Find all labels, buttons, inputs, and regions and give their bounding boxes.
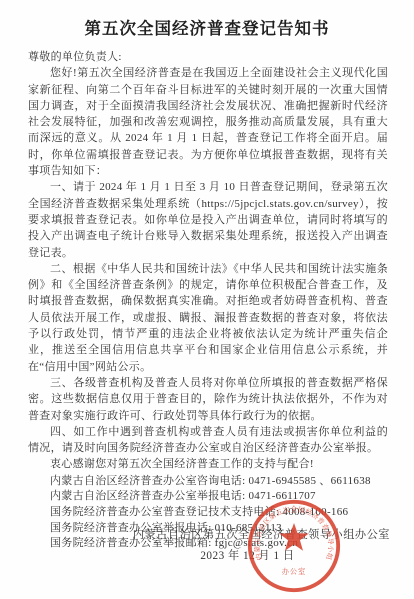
contact-line-tech-support: 国务院经济普查办公室普查登记技术支持电话: 4008-100-166: [28, 505, 388, 521]
paragraph-intro: 您好!第五次全国经济普查是在我国迈上全面建设社会主义现代化国家新征程、向第二个百…: [28, 65, 388, 179]
seal-bottom-text: 办公室: [282, 567, 306, 576]
paragraph-item-2: 二、根据《中华人民共和国统计法》《中华人民共和国统计法实施条例》和《全国经济普查…: [28, 261, 388, 375]
document-title: 第五次全国经济普查登记告知书: [0, 0, 414, 39]
signature-date: 2023 年 12 月 1 日: [119, 547, 376, 563]
contact-line-consult-phone: 内蒙古自治区经济普查办公室咨询电话: 0471-6945585 、6611638: [28, 474, 388, 490]
paragraph-item-1: 一、请于 2024 年 1 月 1 日至 3 月 10 日普查登记期间，登录第五…: [28, 179, 388, 260]
signature-org: 内蒙古自治区第五次全国经济普查领导小组办公室: [133, 526, 390, 542]
signature-block: 内蒙古自治区第五次全国经济普查领导小组办公室 2023 年 12 月 1 日: [133, 526, 390, 563]
contact-line-report-phone: 内蒙古自治区经济普查办公室举报电话: 0471-6611707: [28, 489, 388, 505]
paragraph-thanks: 衷心感谢您对第五次全国经济普查工作的支持与配合!: [28, 456, 388, 472]
paragraph-item-3: 三、各级普查机构及普查人员将对你单位所填报的普查数据严格保密。这些数据信息仅用于…: [28, 375, 388, 424]
paragraph-item-4: 四、如工作中遇到普查机构或普查人员有违法或损害你单位利益的情况，请及时向国务院经…: [28, 424, 388, 457]
salutation: 尊敬的单位负责人:: [28, 49, 388, 65]
notice-document-page: 第五次全国经济普查登记告知书 尊敬的单位负责人: 您好!第五次全国经济普查是在我…: [0, 0, 414, 599]
document-body: 尊敬的单位负责人: 您好!第五次全国经济普查是在我国迈上全面建设社会主义现代化国…: [28, 49, 388, 552]
